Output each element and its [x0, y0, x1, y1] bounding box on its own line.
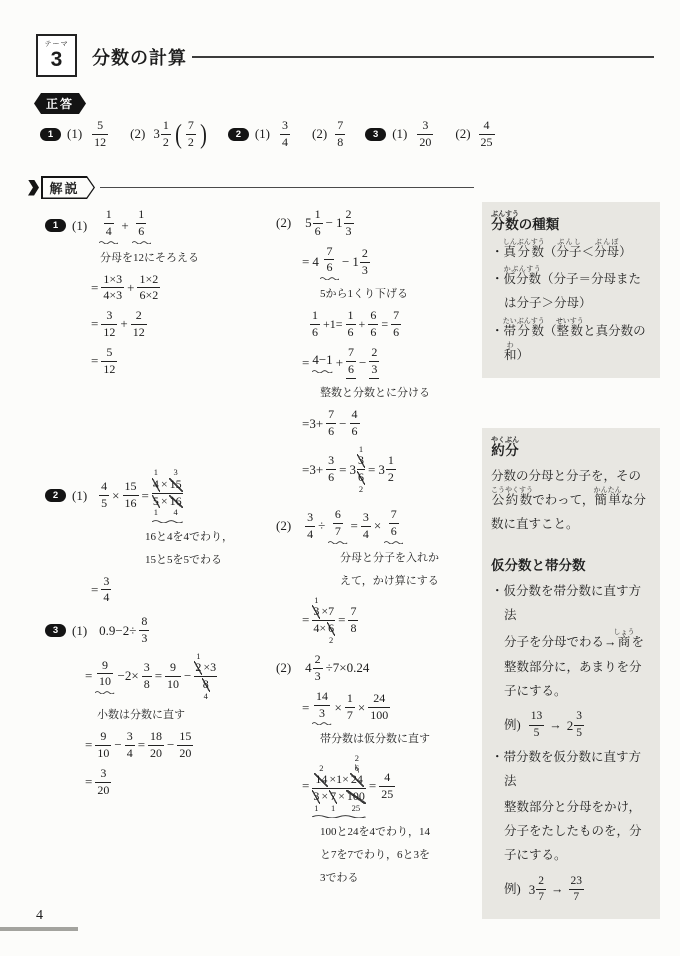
cancel-term: 13: [312, 596, 320, 619]
denominator: 4: [101, 591, 111, 605]
wavy-underlined: 76: [320, 245, 339, 281]
cancel-denominator-row: 4×62: [312, 622, 335, 645]
math-text: =: [339, 462, 346, 478]
solution-block: (2)423÷7×0.24=143×17×24100帯分数は仮分数に直す=214…: [276, 653, 482, 885]
numerator: 1: [345, 692, 355, 706]
fraction-cancelled: 1362: [357, 445, 365, 494]
fraction: 12: [161, 119, 171, 150]
numerator: 1: [386, 454, 396, 468]
cancel-term: 12: [194, 652, 202, 675]
math-text: ×: [358, 700, 365, 716]
ruby-term: 約分やくぶん: [491, 443, 519, 458]
solution-block: 1(1)14+16分母を12にそろえる=1×34×3+1×26×2=312+21…: [45, 208, 280, 376]
fraction: 35: [574, 710, 584, 739]
wavy-underlined: 214×1×262431×71×10025: [312, 754, 366, 818]
math-text: =: [302, 254, 309, 270]
ruby-term: 商しょう: [617, 635, 632, 649]
cancel-term: ×: [160, 478, 169, 492]
numerator: 1: [161, 119, 171, 133]
cancel-base: ×1×: [328, 773, 350, 787]
numerator: 5: [95, 119, 105, 133]
page-number: 4: [36, 908, 43, 924]
math-text: (1): [255, 126, 270, 142]
denominator: 6×2: [137, 289, 160, 303]
fraction-bar: [574, 725, 584, 726]
sidebar-bullet: ・仮分数かぶんすう（分子＝分母または分子＞分母）: [491, 265, 651, 316]
whole-part: 4: [305, 660, 312, 676]
fraction: 67: [333, 508, 343, 539]
cancel-term: 62: [357, 471, 365, 494]
solutions-column-right: (2)516−123=476−1235から1くり下げる16+1=16+66=76…: [276, 202, 482, 893]
numerator: 3: [326, 454, 336, 468]
mixed-number: 123: [336, 208, 354, 239]
wavy-underline: [328, 540, 347, 544]
cancel-denominator-row: 84: [202, 678, 210, 701]
denominator: 20: [177, 747, 193, 761]
math-line: =910−2×38=910−12×384: [85, 652, 280, 701]
math-text: =3+: [302, 462, 323, 478]
math-text: (2): [276, 660, 291, 676]
cancel-numerator-row: 13: [357, 445, 365, 468]
wavy-underlined: 67: [328, 508, 347, 544]
math-line: (2)34÷67=34×76: [276, 508, 482, 544]
denominator: 3: [369, 363, 379, 377]
denominator: 3: [360, 264, 370, 278]
fraction: 1×34×3: [101, 273, 124, 304]
math-text: =: [302, 778, 309, 794]
sidebar-box-title: 分数ぶんすうの種類: [491, 211, 651, 236]
numerator: 1: [346, 309, 356, 323]
cancel-term: 14: [152, 468, 160, 491]
math-text: =: [302, 700, 309, 716]
math-line: 1(1)14+16: [45, 208, 280, 244]
fraction: 36: [326, 454, 336, 485]
math-text: (2): [130, 126, 145, 142]
cancel-term: 51: [152, 495, 160, 518]
fraction: 16: [136, 208, 146, 239]
numerator: 7: [186, 119, 196, 133]
cancel-numerator-row: 13×7: [312, 596, 335, 619]
fraction: 16: [313, 208, 323, 239]
annotation: 分母を12にそろえる: [100, 249, 280, 265]
whole-part: 3: [378, 462, 385, 478]
cancel-base: 4×: [312, 622, 327, 636]
cancel-base: 3: [312, 790, 320, 804]
fraction: 320: [417, 119, 433, 150]
mixed-number: 31362: [350, 445, 366, 494]
wavy-underlined: 14×31551×164: [152, 468, 183, 522]
cancel-term: 2624: [350, 754, 364, 786]
numerator: 9: [98, 730, 108, 744]
denominator: 3: [317, 707, 327, 721]
denominator: 4: [125, 747, 135, 761]
math-text: =: [351, 518, 358, 534]
solution-block: (2)34÷67=34×76分母と分子を入れかえて，かけ算にする=13×74×6…: [276, 508, 482, 645]
cancel-term: ×: [320, 790, 329, 804]
fraction-bar: [569, 889, 585, 890]
math-text: =: [302, 612, 309, 628]
math-text: +: [121, 218, 128, 234]
cancel-base: 5: [152, 495, 160, 509]
denominator: 6: [389, 525, 399, 539]
cancel-base: ×: [337, 790, 346, 804]
math-text: =: [142, 488, 149, 504]
math-text: =: [85, 668, 92, 684]
cancel-term: 71: [329, 790, 337, 813]
ruby-term: 整数せいすう: [557, 324, 584, 338]
solutions-column-left: 1(1)14+16分母を12にそろえる=1×34×3+1×26×2=312+21…: [45, 202, 280, 803]
denominator: 20: [95, 784, 111, 798]
ruby-term: 真分数しんぶんすう: [504, 245, 545, 259]
cancel-base: 100: [346, 790, 366, 804]
cancel-term: 315: [169, 468, 183, 491]
math-line: (2)423÷7×0.24: [276, 653, 482, 684]
sidebar-textind: 分子を分母でわる→商しょうを整数部分に，あまりを分子にする。: [491, 628, 651, 703]
page-title: 分数の計算: [92, 44, 187, 70]
annotation: 整数と分数とに分ける: [320, 384, 482, 400]
mixed-number: 312: [378, 454, 396, 485]
math-text: →: [551, 877, 564, 901]
denominator: 7: [571, 891, 581, 904]
sidebar-bullet: ・真分数しんぶんすう（分子ぶんし＜分母ぶんぼ）: [491, 238, 651, 264]
annotation: 16と4を4でわり，: [145, 528, 280, 544]
cancel-numerator-row: 14×315: [152, 468, 183, 491]
math-text: =: [91, 280, 98, 296]
fraction: 425: [379, 771, 395, 802]
mixed-number: 123: [352, 247, 370, 278]
fraction: 16: [346, 309, 356, 340]
fraction-bar: [536, 889, 546, 890]
numerator: 1: [313, 208, 323, 222]
math-text: −: [326, 215, 333, 231]
whole-part: 2: [567, 713, 574, 738]
denominator: 5: [532, 727, 542, 740]
explanation-badge: 解説: [41, 176, 95, 199]
paren-close-icon: ): [200, 122, 207, 146]
mixed-number: 327: [529, 875, 546, 904]
numerator: 8: [139, 615, 149, 629]
math-text: −: [359, 355, 366, 371]
numerator: 3: [125, 730, 135, 744]
fraction: 76: [346, 346, 356, 380]
annotation: と7を7でわり，6と3を: [320, 846, 482, 862]
wavy-underline: [95, 690, 114, 694]
ruby-term: 公約数こうやくすう: [491, 493, 532, 507]
fraction: 83: [139, 615, 149, 646]
math-text: =: [338, 612, 345, 628]
problem-number-badge: 1: [40, 128, 61, 141]
math-line: (2)516−123: [276, 208, 482, 239]
mixed-number: 235: [567, 710, 584, 739]
numerator: 2: [360, 247, 370, 261]
wavy-underlined: 16: [132, 208, 151, 244]
denominator: 6: [326, 425, 336, 439]
cancel-base: ×3: [202, 661, 217, 675]
denominator: 6: [346, 363, 356, 377]
whole-part: 3: [153, 126, 160, 142]
numerator: 7: [348, 605, 358, 619]
fraction: 45: [99, 480, 109, 511]
solution-block: 3(1)0.9−2÷83=910−2×38=910−12×384小数は分数に直す…: [45, 615, 280, 797]
cancel-result: 1: [314, 804, 318, 813]
fraction: 17: [345, 692, 355, 723]
numerator: 3: [142, 661, 152, 675]
example-line: 例) 327→237: [504, 875, 651, 904]
numerator: 1×3: [101, 273, 124, 287]
reference-sidebar: 分数ぶんすうの種類・真分数しんぶんすう（分子ぶんし＜分母ぶんぼ）・仮分数かぶんす…: [482, 0, 660, 956]
fraction: 512: [92, 119, 108, 150]
numerator: 3: [574, 710, 584, 723]
numerator: 5: [104, 346, 114, 360]
sidebar-textind: 整数部分と分母をかけ，分子をたしたものを，分子にする。: [491, 795, 651, 868]
cancel-term: 164: [169, 495, 183, 518]
numerator: 7: [324, 245, 334, 259]
math-text: (1): [72, 218, 87, 234]
cancel-term: 10025: [346, 790, 366, 813]
cancel-term: 84: [202, 678, 210, 701]
whole-part: 4: [312, 254, 319, 270]
math-line: =476−123: [302, 245, 482, 281]
denominator: 6: [326, 471, 336, 485]
numerator: 23: [569, 875, 585, 888]
cancel-numerator-row: 214×1×2624: [314, 754, 364, 786]
denominator: 2: [161, 136, 171, 150]
numerator: 4: [350, 408, 360, 422]
math-text: −2×: [118, 668, 139, 684]
wavy-underline: [132, 240, 151, 244]
fraction: 1×26×2: [137, 273, 160, 304]
cancel-base: 6: [327, 622, 335, 636]
fraction: 27: [536, 875, 546, 904]
denominator: 2: [386, 471, 396, 485]
math-text: =3+: [302, 416, 323, 432]
chevron-right-icon: [28, 180, 39, 196]
fraction: 72: [186, 119, 196, 150]
cancel-base: 7: [329, 790, 337, 804]
whole-part: 1: [352, 254, 359, 270]
denominator: 20: [417, 136, 433, 150]
numerator: 2: [313, 653, 323, 667]
math-text: −: [342, 254, 349, 270]
math-text: (1): [392, 126, 407, 142]
sidebar-box-title: 仮分数と帯分数: [491, 555, 651, 577]
cancel-term: ×3: [202, 661, 217, 675]
wavy-underlined: 4−1: [312, 352, 332, 373]
fraction-cancelled: 214×1×262431×71×10025: [312, 754, 366, 813]
math-text: −: [339, 416, 346, 432]
denominator: 10: [165, 678, 181, 692]
math-text: =: [91, 582, 98, 598]
math-text: ÷7×0.24: [326, 660, 370, 676]
math-text: 0.9−2÷: [99, 623, 136, 639]
numerator: 2: [369, 346, 379, 360]
denominator: 6: [324, 261, 334, 275]
denominator: 7: [345, 709, 355, 723]
denominator: 6: [350, 425, 360, 439]
cancel-base: 3: [312, 605, 320, 619]
math-text: +: [127, 280, 134, 296]
numerator: 3: [305, 511, 315, 525]
fraction: 143: [314, 690, 330, 721]
math-line: =4−1+76−23: [302, 346, 482, 380]
answers-line: 1(1)512(2)312(72)2(1)34(2)783(1)320(2)42…: [40, 113, 495, 156]
wavy-underline: [320, 276, 339, 280]
sidebar-box-1: 分数ぶんすうの種類・真分数しんぶんすう（分子ぶんし＜分母ぶんぼ）・仮分数かぶんす…: [482, 202, 660, 378]
ruby-term: 分母ぶんぼ: [594, 245, 619, 259]
fraction: 512: [101, 346, 117, 377]
math-text: −: [167, 737, 174, 753]
problem-number-badge: 1: [45, 219, 66, 232]
sidebar-bullet: ・帯分数を仮分数に直す方法: [491, 745, 651, 794]
numerator: 13: [529, 710, 545, 723]
numerator: 3: [98, 767, 108, 781]
numerator: 1: [136, 208, 146, 222]
numerator: 1×2: [137, 273, 160, 287]
math-line: 16+1=16+66=76: [310, 309, 482, 340]
fraction: 312: [101, 309, 117, 340]
numerator: 2: [134, 309, 144, 323]
denominator: 8: [348, 622, 358, 636]
fraction-cancelled: 14×31551×164: [152, 468, 183, 517]
math-text: 例): [504, 877, 524, 901]
denominator: 4×3: [101, 289, 124, 303]
denominator: 12: [101, 363, 117, 377]
numerator: 15: [177, 730, 193, 744]
correct-answers-badge: 正答: [34, 93, 86, 114]
annotation: 3でわる: [320, 869, 482, 885]
cancel-term: 62: [327, 622, 335, 645]
annotation: 帯分数は仮分数に直す: [320, 730, 482, 746]
numerator: 1: [310, 309, 320, 323]
math-text: +1=: [323, 317, 343, 332]
math-text: (2): [455, 126, 470, 142]
problem-number-badge: 2: [45, 489, 66, 502]
cancel-base: 8: [202, 678, 210, 692]
cancel-result: 4: [204, 692, 208, 701]
math-text: (1): [67, 126, 82, 142]
math-text: 例): [504, 713, 524, 737]
numerator: 4: [382, 771, 392, 785]
math-line: =3+76−46: [302, 408, 482, 439]
math-line: =13×74×62=78: [302, 596, 482, 645]
math-text: (2): [276, 215, 291, 231]
fraction-cancelled: 12×384: [194, 652, 217, 701]
sidebar-box-title: 約分やくぶん: [491, 437, 651, 462]
wavy-underlined: 76: [384, 508, 403, 544]
problem-number-badge: 2: [228, 128, 249, 141]
numerator: 2: [536, 875, 546, 888]
denominator: 25: [379, 788, 395, 802]
wavy-underlined: 14: [99, 208, 118, 244]
fraction: 24100: [368, 692, 390, 723]
denominator: 3: [313, 670, 323, 684]
numerator: 3: [101, 575, 111, 589]
numerator: 7: [391, 309, 401, 323]
cancel-base: 16: [169, 495, 183, 509]
ruby-term: 分子ぶんし: [557, 245, 582, 259]
denominator: 10: [97, 675, 113, 689]
whole-part: 5: [305, 215, 312, 231]
fraction: 38: [142, 661, 152, 692]
mixed-number: 476: [312, 245, 339, 281]
cancel-base: ×: [160, 478, 169, 492]
mixed-number: 312: [153, 119, 171, 150]
wavy-underline: [152, 519, 183, 523]
ruby-term: 仮分数かぶんすう: [504, 272, 542, 286]
fraction: 76: [391, 309, 401, 340]
math-text: +: [336, 355, 343, 371]
cancel-base: 24: [350, 773, 364, 787]
denominator: 12: [101, 326, 117, 340]
math-line: =1×34×3+1×26×2: [91, 273, 280, 304]
cancel-term: 4×: [312, 622, 327, 636]
math-text: →: [549, 713, 562, 737]
problem-number-badge: 3: [45, 624, 66, 637]
cancel-term: ×: [337, 790, 346, 804]
math-text: (1): [72, 488, 87, 504]
fraction: 12: [386, 454, 396, 485]
math-text: ×: [112, 488, 119, 504]
math-text: (2): [312, 126, 327, 142]
sidebar-box-3: 仮分数と帯分数・仮分数を帯分数に直す方法分子を分母でわる→商しょうを整数部分に，…: [482, 546, 660, 919]
mixed-number: 516: [305, 208, 323, 239]
ruby-term: 帯分数たいぶんすう: [504, 324, 545, 338]
cancel-denominator-row: 31×71×10025: [312, 790, 366, 813]
sidebar-bullet: ・仮分数を帯分数に直す方法: [491, 579, 651, 628]
math-line: =143×17×24100: [302, 690, 482, 726]
theme-number: 3: [51, 49, 63, 71]
denominator: 5: [574, 727, 584, 740]
cancel-result: 2: [359, 485, 363, 494]
cancel-result: 25: [352, 804, 361, 813]
problem-number-badge: 3: [365, 128, 386, 141]
denominator: 7: [536, 891, 546, 904]
denominator: 6: [346, 326, 356, 340]
solution-block: (2)516−123=476−1235から1くり下げる16+1=16+66=76…: [276, 208, 482, 494]
explanation-header: 解説: [28, 176, 474, 199]
math-text: ×: [374, 518, 381, 534]
wavy-underlined: 143: [312, 690, 331, 726]
denominator: 6: [310, 326, 320, 340]
annotation: 100と24を4でわり，14: [320, 823, 482, 839]
fraction: 910: [97, 659, 113, 690]
denominator: 3: [344, 225, 354, 239]
denominator: 3: [139, 632, 149, 646]
whole-part: 1: [336, 215, 343, 231]
math-text: =: [85, 774, 92, 790]
cancel-result: 4: [174, 508, 178, 517]
wavy-underline: [312, 369, 332, 373]
cancel-base: ×: [320, 790, 329, 804]
math-text: =: [155, 668, 162, 684]
fraction: 135: [529, 710, 545, 739]
fraction: 320: [95, 767, 111, 798]
fraction: 78: [335, 119, 345, 150]
denominator: 10: [95, 747, 111, 761]
numerator: 4: [99, 480, 109, 494]
example-line: 例) 135→235: [504, 710, 651, 739]
fraction-cancelled: 13×74×62: [312, 596, 335, 645]
fraction: 1516: [123, 480, 139, 511]
wavy-underline: [99, 240, 118, 244]
math-line: =312+212: [91, 309, 280, 340]
numerator: 18: [148, 730, 164, 744]
sidebar-bullet: ・帯分数たいぶんすう（整数せいすうと真分数の和わ）: [491, 317, 651, 368]
ruby-term: 分数ぶんすう: [491, 217, 519, 232]
numerator: 6: [333, 508, 343, 522]
paren-open-icon: (: [175, 122, 182, 146]
math-text: =: [381, 317, 388, 332]
